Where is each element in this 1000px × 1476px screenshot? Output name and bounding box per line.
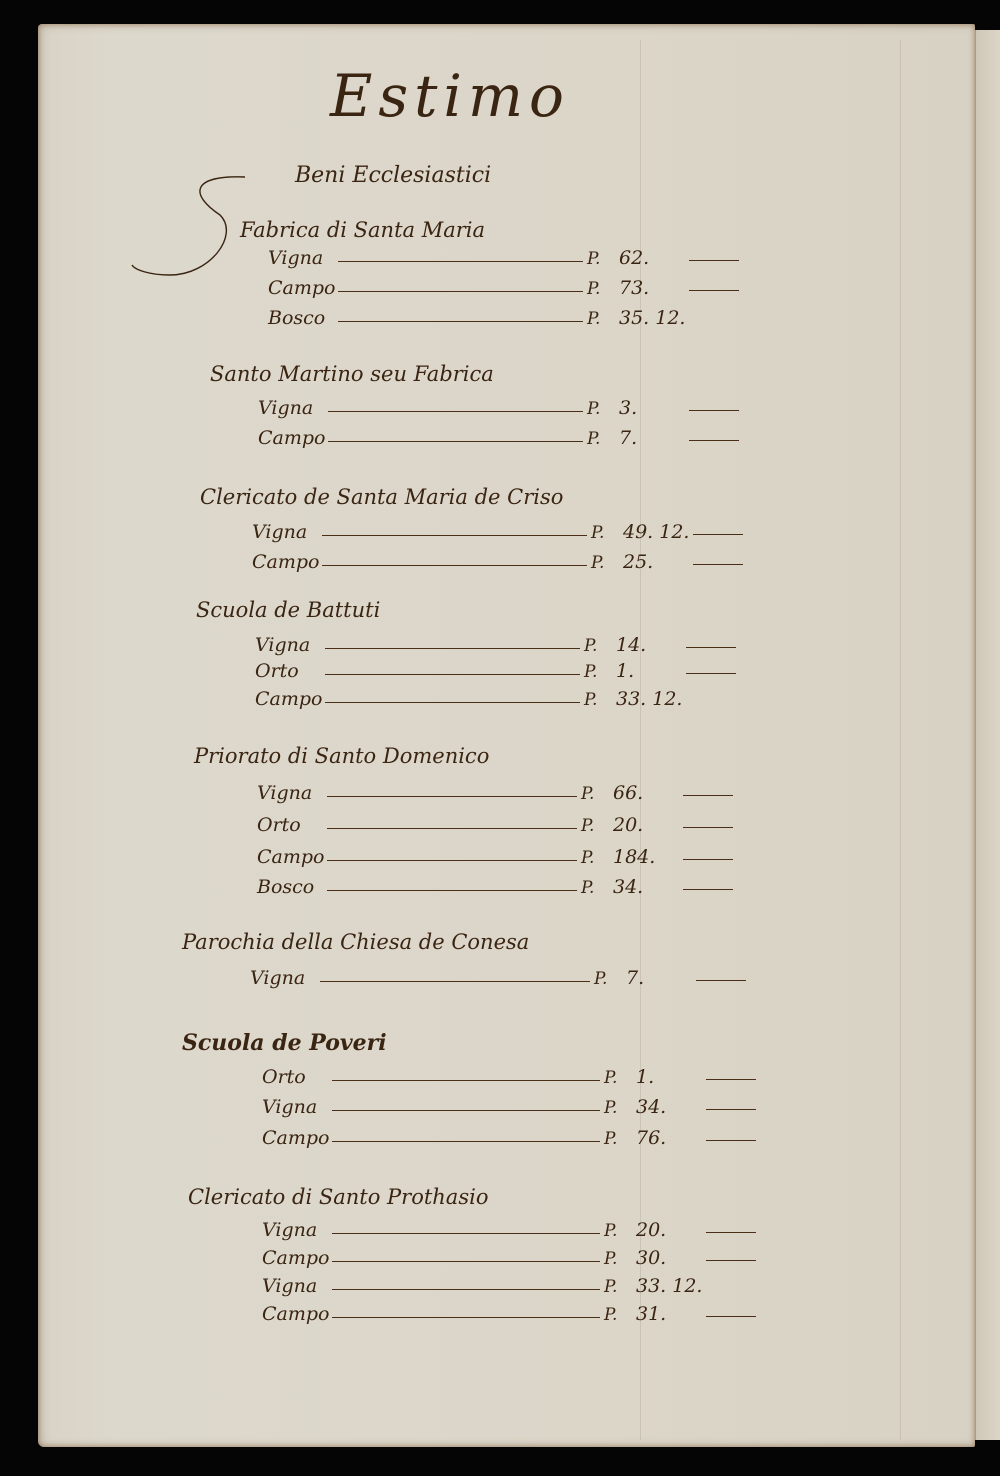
unit-label: P. xyxy=(594,969,626,989)
list-item: Campo P. 76. xyxy=(262,1123,756,1149)
list-item: Campo P. 184. xyxy=(257,842,733,868)
item-value: 30. xyxy=(636,1247,706,1269)
unit-label: P. xyxy=(584,636,616,656)
item-value: 33. 12. xyxy=(636,1275,706,1297)
section-heading: Priorato di Santo Domenico xyxy=(194,744,489,768)
next-page-edge xyxy=(975,30,1000,1440)
section-heading: Clericato di Santo Prothasio xyxy=(188,1185,488,1209)
item-value: 1. xyxy=(616,660,686,682)
unit-label: P. xyxy=(584,690,616,710)
unit-label: P. xyxy=(587,249,619,269)
unit-label: P. xyxy=(587,399,619,419)
list-item: Campo P. 33. 12. xyxy=(255,684,686,710)
dash-line xyxy=(706,1232,756,1233)
section-heading: Fabrica di Santa Maria xyxy=(240,218,485,242)
leader-line xyxy=(338,291,583,292)
unit-label: P. xyxy=(591,523,623,543)
unit-label: P. xyxy=(604,1305,636,1325)
leader-line xyxy=(338,321,583,322)
list-item: Bosco P. 34. xyxy=(257,872,733,898)
item-name: Vigna xyxy=(262,1096,332,1118)
list-item: Vigna P. 20. xyxy=(262,1215,756,1241)
item-name: Campo xyxy=(257,846,327,868)
dash-line xyxy=(706,1079,756,1080)
dash-line xyxy=(706,1109,756,1110)
list-item: Bosco P. 35. 12. xyxy=(268,303,689,329)
item-name: Orto xyxy=(262,1066,332,1088)
item-name: Campo xyxy=(262,1247,332,1269)
leader-line xyxy=(325,674,580,675)
dash-line xyxy=(683,795,733,796)
unit-label: P. xyxy=(591,553,623,573)
unit-label: P. xyxy=(581,848,613,868)
item-value: 1. xyxy=(636,1066,706,1088)
unit-label: P. xyxy=(587,309,619,329)
leader-line xyxy=(328,441,583,442)
unit-label: P. xyxy=(584,662,616,682)
leader-line xyxy=(332,1080,600,1081)
item-value: 7. xyxy=(619,427,689,449)
unit-label: P. xyxy=(604,1249,636,1269)
item-value: 25. xyxy=(623,551,693,573)
item-name: Bosco xyxy=(257,876,327,898)
leader-line xyxy=(332,1233,600,1234)
list-item: Campo P. 31. xyxy=(262,1299,756,1325)
unit-label: P. xyxy=(604,1277,636,1297)
item-name: Campo xyxy=(262,1303,332,1325)
item-name: Orto xyxy=(257,814,327,836)
leader-line xyxy=(327,828,577,829)
dash-line xyxy=(706,1140,756,1141)
list-item: Vigna P. 62. xyxy=(268,243,739,269)
section-heading: Parochia della Chiesa de Conesa xyxy=(182,930,529,954)
leader-line xyxy=(332,1261,600,1262)
item-name: Campo xyxy=(262,1127,332,1149)
leader-line xyxy=(332,1317,600,1318)
paper-crease xyxy=(900,40,901,1440)
list-item: Campo P. 7. xyxy=(258,423,739,449)
item-value: 66. xyxy=(613,782,683,804)
leader-line xyxy=(328,411,583,412)
section-heading: Santo Martino seu Fabrica xyxy=(210,362,494,386)
item-name: Campo xyxy=(258,427,328,449)
leader-line xyxy=(338,261,583,262)
list-item: Orto P. 1. xyxy=(255,656,736,682)
item-value: 3. xyxy=(619,397,689,419)
leader-line xyxy=(325,648,580,649)
list-item: Vigna P. 3. xyxy=(258,393,739,419)
item-name: Bosco xyxy=(268,307,338,329)
item-name: Vigna xyxy=(257,782,327,804)
page-title: Estimo xyxy=(330,62,570,130)
item-name: Vigna xyxy=(255,634,325,656)
flourish-decoration xyxy=(130,175,250,285)
dash-line xyxy=(686,673,736,674)
item-name: Campo xyxy=(255,688,325,710)
item-value: 20. xyxy=(636,1219,706,1241)
leader-line xyxy=(327,890,577,891)
list-item: Vigna P. 14. xyxy=(255,630,736,656)
item-name: Orto xyxy=(255,660,325,682)
list-item: Vigna P. 49. 12. xyxy=(252,517,743,543)
item-value: 34. xyxy=(636,1096,706,1118)
dash-line xyxy=(689,410,739,411)
item-value: 49. 12. xyxy=(623,521,693,543)
item-name: Vigna xyxy=(268,247,338,269)
item-name: Campo xyxy=(252,551,322,573)
item-name: Vigna xyxy=(258,397,328,419)
dash-line xyxy=(683,827,733,828)
leader-line xyxy=(320,981,590,982)
item-value: 20. xyxy=(613,814,683,836)
item-name: Vigna xyxy=(250,967,320,989)
item-value: 73. xyxy=(619,277,689,299)
item-name: Vigna xyxy=(262,1219,332,1241)
unit-label: P. xyxy=(581,878,613,898)
leader-line xyxy=(327,860,577,861)
item-value: 34. xyxy=(613,876,683,898)
item-value: 76. xyxy=(636,1127,706,1149)
unit-label: P. xyxy=(604,1129,636,1149)
leader-line xyxy=(327,796,577,797)
unit-label: P. xyxy=(587,279,619,299)
dash-line xyxy=(689,290,739,291)
list-item: Vigna P. 33. 12. xyxy=(262,1271,706,1297)
item-value: 184. xyxy=(613,846,683,868)
unit-label: P. xyxy=(604,1068,636,1088)
dash-line xyxy=(693,564,743,565)
item-value: 33. 12. xyxy=(616,688,686,710)
dash-line xyxy=(683,889,733,890)
dash-line xyxy=(683,859,733,860)
unit-label: P. xyxy=(581,816,613,836)
leader-line xyxy=(322,535,587,536)
list-item: Campo P. 30. xyxy=(262,1243,756,1269)
dash-line xyxy=(689,440,739,441)
unit-label: P. xyxy=(604,1221,636,1241)
dash-line xyxy=(696,980,746,981)
section-heading: Scuola de Battuti xyxy=(196,598,380,622)
item-value: 35. 12. xyxy=(619,307,689,329)
item-value: 14. xyxy=(616,634,686,656)
list-item: Orto P. 20. xyxy=(257,810,733,836)
section-heading: Clericato de Santa Maria de Criso xyxy=(200,485,563,509)
leader-line xyxy=(322,565,587,566)
list-item: Vigna P. 66. xyxy=(257,778,733,804)
item-name: Vigna xyxy=(252,521,322,543)
item-value: 7. xyxy=(626,967,696,989)
list-item: Vigna P. 34. xyxy=(262,1092,756,1118)
unit-label: P. xyxy=(604,1098,636,1118)
list-item: Campo P. 73. xyxy=(268,273,739,299)
section-subtitle: Beni Ecclesiastici xyxy=(295,163,491,188)
list-item: Vigna P. 7. xyxy=(250,963,746,989)
leader-line xyxy=(332,1141,600,1142)
unit-label: P. xyxy=(587,429,619,449)
dash-line xyxy=(706,1260,756,1261)
dash-line xyxy=(686,647,736,648)
dash-line xyxy=(693,534,743,535)
section-heading: Scuola de Poveri xyxy=(182,1030,387,1056)
leader-line xyxy=(332,1110,600,1111)
dash-line xyxy=(689,260,739,261)
list-item: Orto P. 1. xyxy=(262,1062,756,1088)
item-name: Campo xyxy=(268,277,338,299)
leader-line xyxy=(325,702,580,703)
leader-line xyxy=(332,1289,600,1290)
unit-label: P. xyxy=(581,784,613,804)
list-item: Campo P. 25. xyxy=(252,547,743,573)
item-value: 62. xyxy=(619,247,689,269)
item-name: Vigna xyxy=(262,1275,332,1297)
item-value: 31. xyxy=(636,1303,706,1325)
dash-line xyxy=(706,1316,756,1317)
